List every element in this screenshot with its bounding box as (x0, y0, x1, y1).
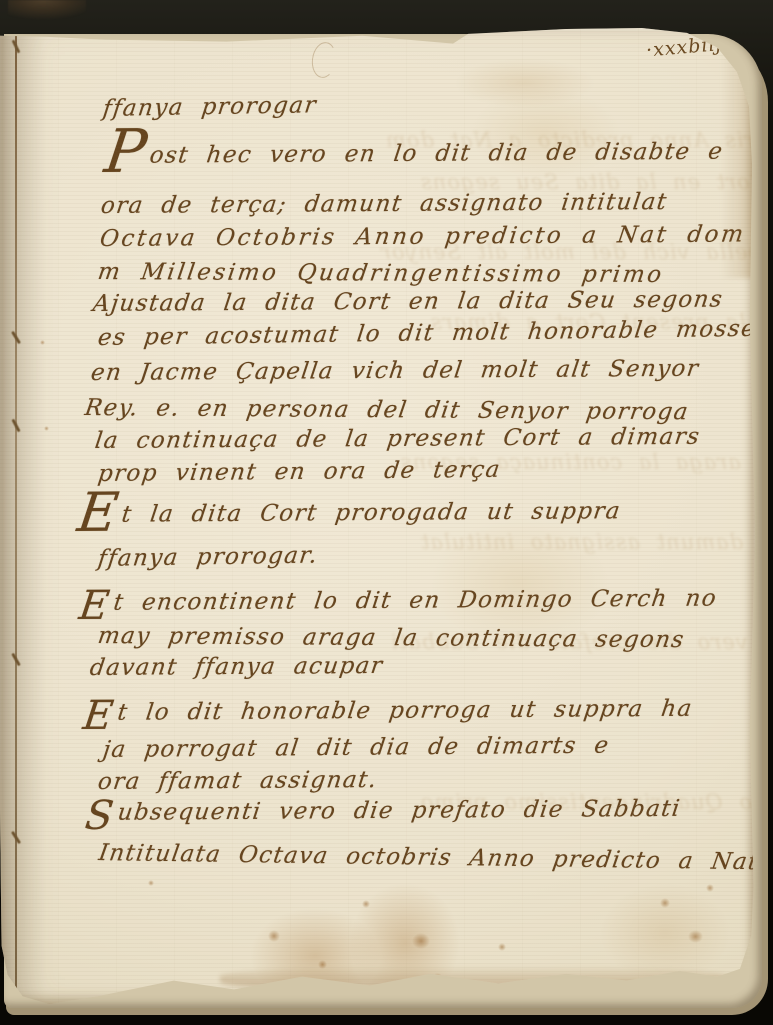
line-text: Intitulata Octava octobris Anno predicto… (97, 840, 761, 875)
manuscript-line: Ajustada la dita Cort en la dita Seu seg… (88, 287, 725, 317)
line-text: ja porrogat al dit dia de dimarts e (101, 733, 611, 763)
foxing-dot (318, 960, 327, 969)
line-text: ffanya prorogar. (96, 543, 319, 572)
line-text: ora ffamat assignat. (96, 767, 379, 795)
manuscript-line: Et la dita Cort prorogada ut suppra (76, 498, 622, 528)
manuscript-line: Et lo dit honorable porroga ut suppra ha (82, 696, 694, 726)
foxing-dot (40, 340, 45, 345)
manuscript-line: davant ffanya acupar (85, 653, 385, 681)
manuscript-line: Subsequenti vero die prefato die Sabbati (84, 796, 682, 826)
line-text: prop vinent en ora de terça (96, 457, 502, 487)
manuscript-line: m Millesimo Quadringentissimo primo (93, 259, 666, 288)
manuscript-line: ora ffamat assignat. (93, 767, 379, 795)
line-text: ora de terça; damunt assignato intitulat (99, 189, 669, 219)
manuscript-line: es per acostumat lo dit molt honorable m… (93, 316, 773, 351)
line-text: t la dita Cort prorogada ut suppra (120, 498, 623, 527)
manuscript-line: ffanya prorogar. (93, 543, 319, 572)
line-text: ubsequenti vero die prefato die Sabbati (116, 796, 682, 826)
manuscript-line: Post hec vero en lo dit dia de disabte e (103, 139, 725, 169)
line-text: la continuaça de la present Cort a dimar… (93, 424, 702, 454)
line-text: may premisso araga la continuaça segons (96, 623, 686, 653)
line-text: es per acostumat lo dit molt honorable m… (96, 316, 773, 351)
foxing-dot (362, 900, 370, 908)
manuscript-line: may premisso araga la continuaça segons (93, 623, 686, 653)
manuscript-line: Rey. e. en persona del dit Senyor porrog… (80, 395, 691, 425)
foxing-dot (688, 930, 703, 943)
manuscript-line: Intitulata Octava octobris Anno predicto… (94, 840, 761, 875)
binding-remnant (8, 0, 86, 20)
manuscript-line: Et encontinent lo dit en Domingo Cerch n… (78, 586, 719, 616)
foxing-dot (412, 933, 430, 949)
foxing-dot (268, 930, 280, 942)
manuscript-line: en Jacme Çapella vich del molt alt Senyo… (86, 356, 701, 386)
line-text: davant ffanya acupar (88, 653, 385, 681)
line-text: t encontinent lo dit en Domingo Cerch no (112, 586, 719, 616)
line-text: t lo dit honorable porroga ut suppra ha (116, 696, 694, 726)
manuscript-line: Octava Octobris Anno predicto a Nat dom (95, 221, 747, 252)
manuscript-line: la continuaça de la present Cort a dimar… (90, 424, 702, 454)
manuscript-line: ora de terça; damunt assignato intitulat (96, 189, 669, 219)
manuscript-page: Octava Octobris Anno predicto a Nat dom … (0, 28, 755, 1004)
manuscript-photo: Octava Octobris Anno predicto a Nat dom … (0, 0, 773, 1025)
foxing-dot (706, 884, 714, 892)
foxing-dot (148, 880, 154, 886)
line-text: Ajustada la dita Cort en la dita Seu seg… (91, 287, 725, 317)
manuscript-line: ja porrogat al dit dia de dimarts e (98, 733, 611, 763)
line-text: Octava Octobris Anno predicto a Nat dom (98, 221, 747, 252)
foxing-dot (660, 898, 670, 908)
line-text: Rey. e. en persona del dit Senyor porrog… (83, 395, 691, 425)
manuscript-line: prop vinent en ora de terça (93, 457, 502, 487)
foxing-dot (44, 426, 49, 431)
foxing-dot (498, 943, 506, 951)
line-text: en Jacme Çapella vich del molt alt Senyo… (89, 356, 701, 386)
line-text: ost hec vero en lo dit dia de disabte e (148, 139, 725, 169)
line-text: m Millesimo Quadringentissimo primo (96, 259, 666, 288)
text-block: ffanya prorogar Post hec vero en lo dit … (0, 28, 755, 1004)
